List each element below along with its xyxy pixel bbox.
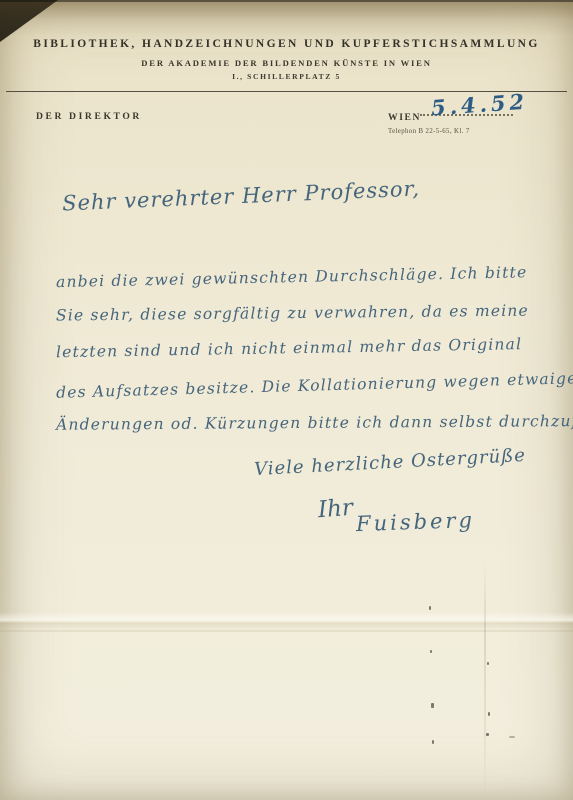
horizontal-fold-crease (0, 612, 573, 630)
letter-body: anbei die zwei gewünschten Durchschläge.… (56, 260, 542, 438)
scan-artifact (509, 736, 515, 738)
scan-artifact (430, 650, 432, 653)
scan-artifact (487, 662, 489, 665)
salutation: Sehr verehrter Herr Professor, (62, 177, 421, 216)
scan-artifact (488, 712, 490, 716)
signature-prefix: Ihr (317, 495, 354, 523)
place-label: WIEN (388, 112, 421, 123)
horizontal-fold-crease-line (0, 630, 573, 632)
closing-greeting: Viele herzliche Ostergrüße (254, 445, 527, 480)
vertical-fold-crease (484, 560, 486, 798)
sender-title: DER DIREKTOR (36, 111, 142, 122)
scan-artifact (432, 740, 434, 744)
scan-artifact (486, 733, 489, 736)
scanned-letter-page: BIBLIOTHEK, HANDZEICHNUNGEN UND KUPFERST… (0, 0, 573, 800)
signature: Fuisberg (356, 508, 476, 536)
handwritten-date: 5.4.52 (430, 89, 529, 121)
scan-artifact (429, 606, 431, 610)
telephone-line: Telephon B 22-5-65, Kl. 7 (388, 128, 470, 135)
letterhead-academy: DER AKADEMIE DER BILDENDEN KÜNSTE IN WIE… (0, 58, 573, 68)
body-line: Änderungen od. Kürzungen bitte ich dann … (56, 404, 542, 443)
letterhead-institution: BIBLIOTHEK, HANDZEICHNUNGEN UND KUPFERST… (0, 38, 573, 50)
letterhead-address: I., SCHILLERPLATZ 5 (0, 72, 573, 81)
paper-curl-shading (0, 2, 573, 36)
scan-artifact (431, 703, 434, 708)
